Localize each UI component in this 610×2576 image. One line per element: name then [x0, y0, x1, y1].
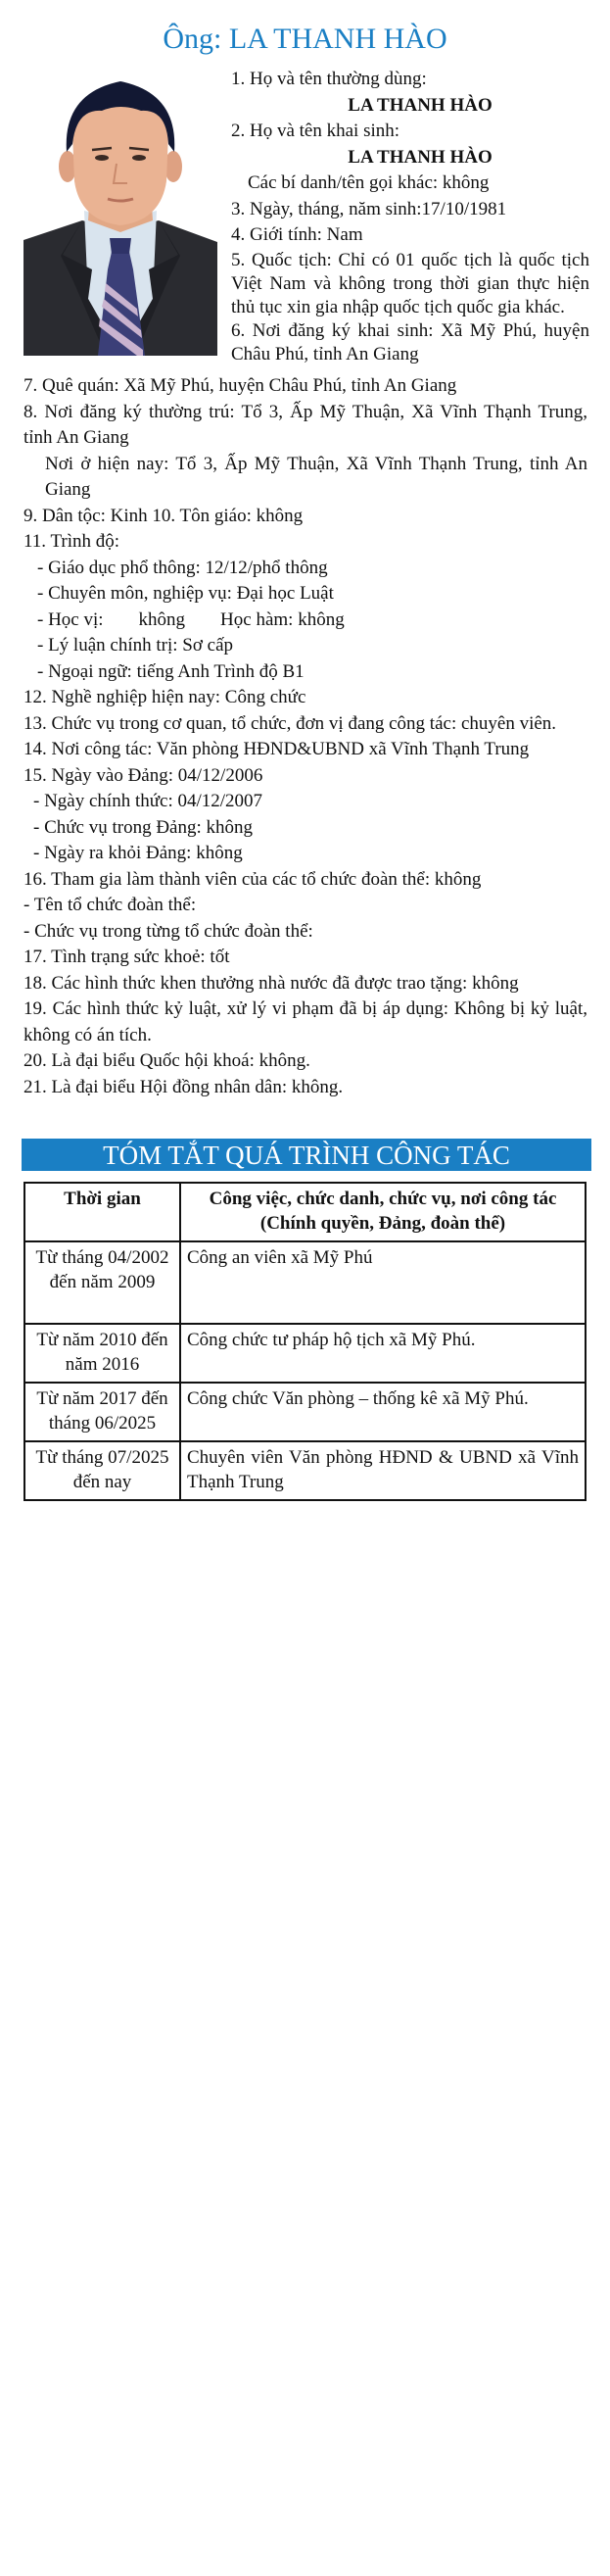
portrait-photo: [23, 73, 217, 356]
profile-right-column: 1. Họ và tên thường dùng: LA THANH HÀO 2…: [231, 67, 589, 366]
item-party-position: - Chức vụ trong Đảng: không: [23, 815, 587, 842]
degree-label: - Học vị:: [37, 609, 104, 630]
item-peoples-council: 21. Là đại biểu Hội đồng nhân dân: không…: [23, 1075, 587, 1101]
item-usual-name-value: LA THANH HÀO: [231, 93, 589, 120]
item-education-professional: - Chuyên môn, nghiệp vụ: Đại học Luật: [23, 581, 587, 608]
item-organization-name: - Tên tổ chức đoàn thể:: [23, 893, 587, 919]
academic-title: Học hàm: không: [220, 609, 345, 630]
table-row: Từ tháng 07/2025 đến nay Chuyên viên Văn…: [24, 1441, 586, 1500]
table-row: Từ năm 2017 đến tháng 06/2025 Công chức …: [24, 1383, 586, 1441]
item-hometown: 7. Quê quán: Xã Mỹ Phú, huyện Châu Phú, …: [23, 373, 587, 400]
cell-time: Từ năm 2010 đến năm 2016: [24, 1324, 180, 1383]
cell-time: Từ tháng 04/2002 đến năm 2009: [24, 1241, 180, 1324]
item-education-heading: 11. Trình độ:: [23, 529, 587, 556]
item-party-official-date: - Ngày chính thức: 04/12/2007: [23, 789, 587, 815]
item-permanent-residence: 8. Nơi đăng ký thường trú: Tổ 3, Ấp Mỹ T…: [23, 400, 587, 452]
portrait-image: [23, 73, 217, 356]
item-alias: Các bí danh/tên gọi khác: không: [231, 170, 589, 197]
item-discipline: 19. Các hình thức kỷ luật, xử lý vi phạm…: [23, 996, 587, 1048]
work-history-banner: TÓM TẮT QUÁ TRÌNH CÔNG TÁC: [22, 1139, 591, 1171]
item-gender: 4. Giới tính: Nam: [231, 222, 589, 249]
item-party-leave-date: - Ngày ra khỏi Đảng: không: [23, 841, 587, 867]
item-organizations: 16. Tham gia làm thành viên của các tổ c…: [23, 867, 587, 894]
cell-description: Công chức Văn phòng – thống kê xã Mỹ Phú…: [180, 1383, 586, 1441]
item-position: 13. Chức vụ trong cơ quan, tổ chức, đơn …: [23, 711, 587, 738]
table-row: Từ tháng 04/2002 đến năm 2009 Công an vi…: [24, 1241, 586, 1324]
page-title: Ông: LA THANH HÀO: [0, 20, 610, 59]
column-header-description: Công việc, chức danh, chức vụ, nơi công …: [180, 1183, 586, 1241]
table-header-row: Thời gian Công việc, chức danh, chức vụ,…: [24, 1183, 586, 1241]
cell-time: Từ tháng 07/2025 đến nay: [24, 1441, 180, 1500]
item-workplace: 14. Nơi công tác: Văn phòng HĐND&UBND xã…: [23, 737, 587, 763]
item-ethnicity-religion: 9. Dân tộc: Kinh 10. Tôn giáo: không: [23, 504, 587, 530]
item-birth-name-label: 2. Họ và tên khai sinh:: [231, 119, 589, 145]
profile-details: 7. Quê quán: Xã Mỹ Phú, huyện Châu Phú, …: [23, 373, 587, 1100]
item-health: 17. Tình trạng sức khoẻ: tốt: [23, 945, 587, 971]
cell-description: Chuyên viên Văn phòng HĐND & UBND xã Vĩn…: [180, 1441, 586, 1500]
item-occupation: 12. Nghề nghiệp hiện nay: Công chức: [23, 685, 587, 711]
column-header-time: Thời gian: [24, 1183, 180, 1241]
item-education-general: - Giáo dục phổ thông: 12/12/phổ thông: [23, 556, 587, 582]
item-birth-registration: 6. Nơi đăng ký khai sinh: Xã Mỹ Phú, huy…: [231, 319, 589, 366]
item-nationality: 5. Quốc tịch: Chỉ có 01 quốc tịch là quố…: [231, 249, 589, 319]
item-party-join-date: 15. Ngày vào Đảng: 04/12/2006: [23, 763, 587, 790]
item-foreign-language: - Ngoại ngữ: tiếng Anh Trình độ B1: [23, 659, 587, 686]
item-birth-date: 3. Ngày, tháng, năm sinh:17/10/1981: [231, 197, 589, 223]
item-birth-name-value: LA THANH HÀO: [231, 145, 589, 171]
item-usual-name-label: 1. Họ và tên thường dùng:: [231, 67, 589, 93]
degree-value: không: [139, 609, 186, 630]
item-current-residence: Nơi ở hiện nay: Tổ 3, Ấp Mỹ Thuận, Xã Vĩ…: [23, 452, 587, 504]
item-national-assembly: 20. Là đại biểu Quốc hội khoá: không.: [23, 1048, 587, 1075]
cell-description: Công chức tư pháp hộ tịch xã Mỹ Phú.: [180, 1324, 586, 1383]
cell-description: Công an viên xã Mỹ Phú: [180, 1241, 586, 1324]
item-awards: 18. Các hình thức khen thưởng nhà nước đ…: [23, 971, 587, 997]
cell-time: Từ năm 2017 đến tháng 06/2025: [24, 1383, 180, 1441]
item-degree: - Học vị:khôngHọc hàm: không: [23, 608, 587, 634]
item-organization-position: - Chức vụ trong từng tổ chức đoàn thể:: [23, 919, 587, 946]
table-row: Từ năm 2010 đến năm 2016 Công chức tư ph…: [24, 1324, 586, 1383]
work-history-table: Thời gian Công việc, chức danh, chức vụ,…: [23, 1182, 587, 1501]
item-political-theory: - Lý luận chính trị: Sơ cấp: [23, 633, 587, 659]
